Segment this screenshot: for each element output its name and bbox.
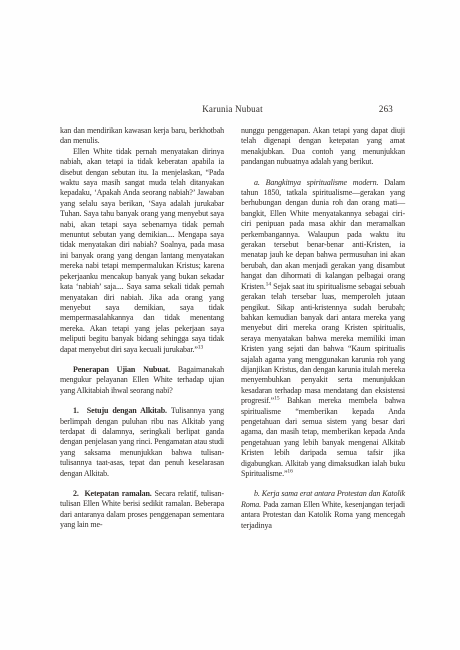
text-segment: kan dan mendirikan kawasan kerja baru, b… xyxy=(60,126,224,145)
text-segment: Sejak saat itu spiritualisme sebagai seb… xyxy=(241,282,405,405)
text-column-right: nunggu penggenapan. Akan tetapi yang dap… xyxy=(241,126,405,531)
paragraph: Ellen White tidak pernah menyatakan diri… xyxy=(60,147,224,355)
text-segment: Bahkan mereka membela bahwa spiritualism… xyxy=(241,396,405,478)
text-segment: 2. Ketepatan ramalan. xyxy=(73,489,152,498)
text-segment: a. Bangkitnya spiritualisme modern. xyxy=(254,178,378,187)
paragraph: b. Kerja sama erat antara Protestan dan … xyxy=(241,489,405,531)
text-segment: Ellen White tidak pernah menyatakan diri… xyxy=(60,147,224,354)
footnote-ref: 16 xyxy=(287,468,293,474)
page-body: kan dan mendirikan kawasan kerja baru, b… xyxy=(60,126,405,531)
footnote-ref: 13 xyxy=(198,344,204,350)
text-segment: 1. Setuju dengan Alkitab. xyxy=(73,406,167,415)
text-segment: nunggu penggenapan. Akan tetapi yang dap… xyxy=(241,126,405,166)
paragraph: 1. Setuju dengan Alkitab. Tulisannya yan… xyxy=(60,406,224,479)
paragraph: kan dan mendirikan kawasan kerja baru, b… xyxy=(60,126,224,147)
running-head-title: Karunia Nubuat xyxy=(60,104,405,114)
text-segment: Pada zaman Ellen White, kesenjangan terj… xyxy=(241,500,405,530)
paragraph: 2. Ketepatan ramalan. Secara relatif, tu… xyxy=(60,489,224,531)
page-header: Karunia Nubuat 263 xyxy=(60,104,405,118)
text-column-left: kan dan mendirikan kawasan kerja baru, b… xyxy=(60,126,224,531)
text-segment: Dalam tahun 1850, tatkala spiritualisme—… xyxy=(241,178,405,291)
page-number: 263 xyxy=(379,104,393,114)
paragraph: Penerapan Ujian Nubuat. Bagaimanakah men… xyxy=(60,365,224,396)
text-segment: Penerapan Ujian Nubuat. xyxy=(73,365,170,374)
paragraph: nunggu penggenapan. Akan tetapi yang dap… xyxy=(241,126,405,168)
paragraph: a. Bangkitnya spiritualisme modern. Dala… xyxy=(241,178,405,480)
book-page: Karunia Nubuat 263 kan dan mendirikan ka… xyxy=(0,0,460,650)
text-segment: Tulisannya yang berlimpah dengan puluhan… xyxy=(60,406,224,477)
